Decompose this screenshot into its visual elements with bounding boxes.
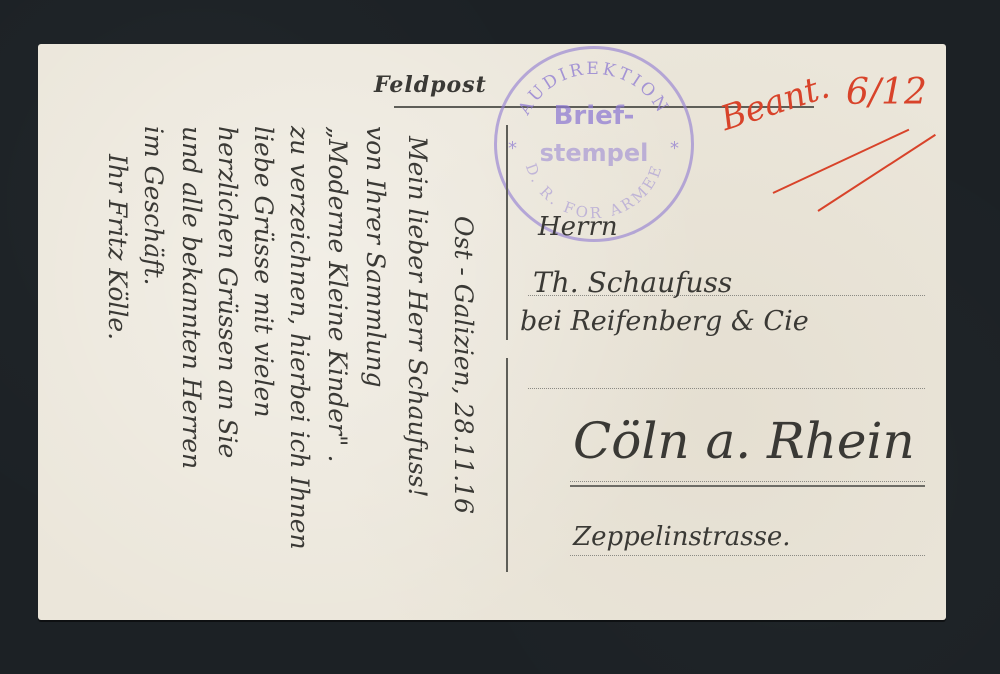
address-city: Cöln a. Rhein: [573, 412, 915, 470]
address-street: Zeppelinstrasse.: [573, 522, 791, 552]
address-name: Th. Schaufuss: [533, 266, 732, 299]
message-line: „Moderne Kleine Kinder" .: [323, 126, 352, 462]
message-line: im Geschäft.: [139, 126, 168, 286]
divider-line: [506, 125, 508, 340]
address-firm: bei Reifenberg & Cie: [520, 306, 809, 337]
message-signature: Ihr Fritz Kölle.: [103, 154, 132, 340]
address-rule: [570, 481, 925, 482]
message-line: zu verzeichnen, hierbei ich Ihnen: [285, 126, 314, 550]
divider-line: [506, 358, 508, 572]
message-line: Mein lieber Herr Schaufuss!: [403, 136, 432, 498]
message-line: liebe Grüsse mit vielen: [249, 126, 278, 417]
address-rule: [570, 555, 925, 556]
city-underline: [570, 485, 925, 487]
red-annotation-label: Beant.: [716, 66, 835, 139]
postcard: Feldpost AUDIREKTION D. R. FOR ARMEE * *…: [38, 44, 946, 620]
message-place-date: Ost - Galizien, 28.11.16: [449, 216, 478, 514]
message-line: herzlichen Grüssen an Sie: [213, 126, 242, 458]
message-line: von Ihrer Sammlung: [361, 126, 390, 388]
stamp-center-line1: Brief-: [497, 101, 691, 131]
address-salutation: Herrn: [538, 212, 618, 242]
red-annotation-number: 6/12: [846, 72, 927, 113]
red-stroke: [773, 129, 910, 194]
message-line: und alle bekannten Herren: [177, 126, 206, 469]
feldpost-header: Feldpost: [374, 72, 487, 98]
handwritten-message: Ost - Galizien, 28.11.16 Mein lieber Her…: [68, 96, 478, 616]
address-rule: [528, 388, 925, 389]
stamp-center-line2: stempel: [497, 139, 691, 167]
